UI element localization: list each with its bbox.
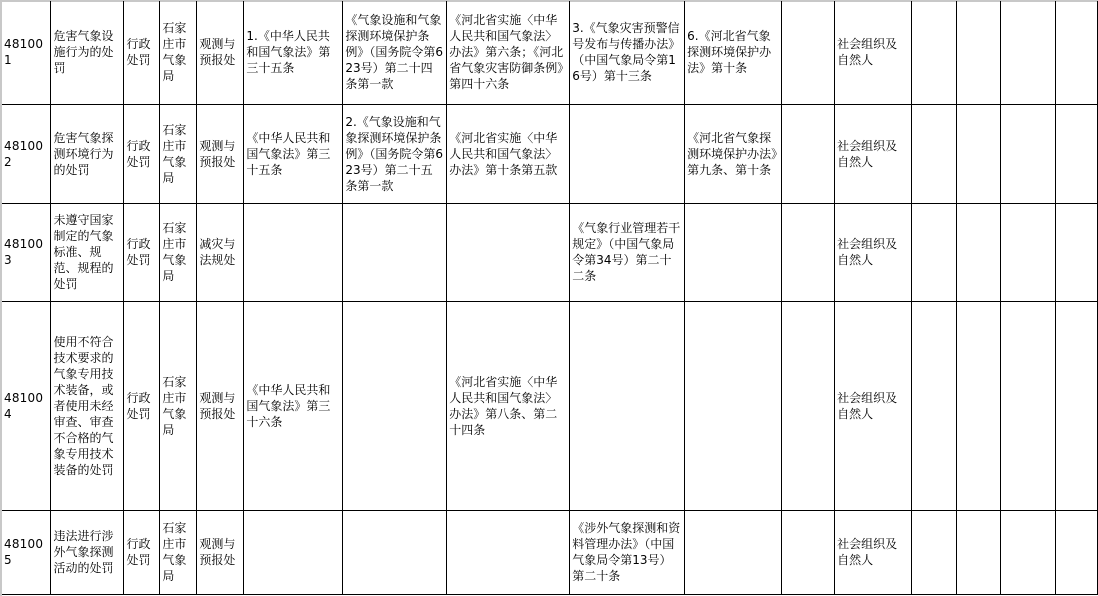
cell-basis-1[interactable]	[244, 510, 343, 594]
cell-extra-1[interactable]	[782, 301, 835, 510]
cell-basis-4[interactable]	[570, 301, 685, 510]
cell-basis-1[interactable]: 《中华人民共和国气象法》第三十六条	[244, 301, 343, 510]
cell-basis-3[interactable]: 《河北省实施〈中华人民共和国气象法〉办法》第十条第五款	[447, 104, 570, 203]
cell-extra-5[interactable]	[1055, 203, 1097, 301]
cell-type[interactable]: 行政处罚	[124, 1, 160, 104]
cell-basis-4[interactable]: 《涉外气象探测和资料管理办法》（中国气象局令第13号）第二十条	[570, 510, 685, 594]
cell-extra-3[interactable]	[957, 1, 1001, 104]
cell-department[interactable]: 观测与预报处	[197, 510, 244, 594]
cell-basis-1[interactable]: 1.《中华人民共和国气象法》第三十五条	[244, 1, 343, 104]
cell-item-name[interactable]: 违法进行涉外气象探测活动的处罚	[51, 510, 124, 594]
cell-extra-5[interactable]	[1055, 104, 1097, 203]
cell-code[interactable]: 481003	[2, 203, 51, 301]
penalty-items-table: 481001危害气象设施行为的处罚行政处罚石家庄市气象局观测与预报处1.《中华人…	[2, 1, 1098, 595]
cell-code[interactable]: 481005	[2, 510, 51, 594]
cell-extra-1[interactable]	[782, 1, 835, 104]
cell-department[interactable]: 观测与预报处	[197, 301, 244, 510]
cell-extra-2[interactable]	[912, 104, 957, 203]
cell-authority[interactable]: 石家庄市气象局	[160, 301, 197, 510]
cell-authority[interactable]: 石家庄市气象局	[160, 104, 197, 203]
cell-extra-4[interactable]	[1000, 1, 1055, 104]
cell-item-name[interactable]: 使用不符合技术要求的气象专用技术装备，或者使用未经审查、审查不合格的气象专用技术…	[51, 301, 124, 510]
cell-basis-5[interactable]	[685, 510, 782, 594]
cell-extra-5[interactable]	[1055, 510, 1097, 594]
table-row: 481002危害气象探测环境行为的处罚行政处罚石家庄市气象局观测与预报处《中华人…	[2, 104, 1098, 203]
cell-extra-1[interactable]	[782, 104, 835, 203]
cell-extra-4[interactable]	[1000, 104, 1055, 203]
cell-authority[interactable]: 石家庄市气象局	[160, 203, 197, 301]
cell-extra-1[interactable]	[782, 203, 835, 301]
cell-target[interactable]: 社会组织及自然人	[835, 203, 912, 301]
cell-basis-3[interactable]	[447, 510, 570, 594]
cell-extra-5[interactable]	[1055, 1, 1097, 104]
table-row: 481001危害气象设施行为的处罚行政处罚石家庄市气象局观测与预报处1.《中华人…	[2, 1, 1098, 104]
cell-basis-2[interactable]: 2.《气象设施和气象探测环境保护条例》（国务院令第623号）第二十五条第一款	[343, 104, 447, 203]
cell-department[interactable]: 观测与预报处	[197, 1, 244, 104]
cell-basis-1[interactable]: 《中华人民共和国气象法》第三十五条	[244, 104, 343, 203]
cell-extra-3[interactable]	[957, 301, 1001, 510]
table-row: 481003未遵守国家制定的气象标准、规范、规程的处罚行政处罚石家庄市气象局减灾…	[2, 203, 1098, 301]
cell-extra-3[interactable]	[957, 104, 1001, 203]
cell-target[interactable]: 社会组织及自然人	[835, 510, 912, 594]
cell-basis-2[interactable]	[343, 301, 447, 510]
cell-basis-5[interactable]: 《河北省气象探测环境保护办法》第九条、第十条	[685, 104, 782, 203]
cell-basis-3[interactable]: 《河北省实施〈中华人民共和国气象法〉办法》第六条；《河北省气象灾害防御条例》第四…	[447, 1, 570, 104]
cell-extra-4[interactable]	[1000, 203, 1055, 301]
cell-extra-3[interactable]	[957, 203, 1001, 301]
cell-item-name[interactable]: 危害气象设施行为的处罚	[51, 1, 124, 104]
cell-extra-2[interactable]	[912, 510, 957, 594]
cell-target[interactable]: 社会组织及自然人	[835, 104, 912, 203]
cell-basis-2[interactable]	[343, 510, 447, 594]
cell-basis-1[interactable]	[244, 203, 343, 301]
cell-basis-5[interactable]	[685, 301, 782, 510]
cell-basis-4[interactable]: 3.《气象灾害预警信号发布与传播办法》（中国气象局令第16号）第十三条	[570, 1, 685, 104]
cell-basis-4[interactable]	[570, 104, 685, 203]
cell-extra-2[interactable]	[912, 203, 957, 301]
cell-extra-2[interactable]	[912, 301, 957, 510]
cell-department[interactable]: 观测与预报处	[197, 104, 244, 203]
cell-target[interactable]: 社会组织及自然人	[835, 301, 912, 510]
cell-extra-1[interactable]	[782, 510, 835, 594]
cell-type[interactable]: 行政处罚	[124, 510, 160, 594]
cell-authority[interactable]: 石家庄市气象局	[160, 1, 197, 104]
cell-type[interactable]: 行政处罚	[124, 104, 160, 203]
table-row: 481004使用不符合技术要求的气象专用技术装备，或者使用未经审查、审查不合格的…	[2, 301, 1098, 510]
cell-department[interactable]: 减灾与法规处	[197, 203, 244, 301]
cell-type[interactable]: 行政处罚	[124, 203, 160, 301]
cell-extra-2[interactable]	[912, 1, 957, 104]
cell-code[interactable]: 481001	[2, 1, 51, 104]
cell-target[interactable]: 社会组织及自然人	[835, 1, 912, 104]
cell-code[interactable]: 481004	[2, 301, 51, 510]
cell-extra-3[interactable]	[957, 510, 1001, 594]
cell-code[interactable]: 481002	[2, 104, 51, 203]
cell-basis-3[interactable]	[447, 203, 570, 301]
cell-basis-2[interactable]	[343, 203, 447, 301]
cell-basis-4[interactable]: 《气象行业管理若干规定》（中国气象局令第34号）第二十二条	[570, 203, 685, 301]
cell-item-name[interactable]: 危害气象探测环境行为的处罚	[51, 104, 124, 203]
table-row: 481005违法进行涉外气象探测活动的处罚行政处罚石家庄市气象局观测与预报处《涉…	[2, 510, 1098, 594]
cell-basis-5[interactable]: 6.《河北省气象探测环境保护办法》第十条	[685, 1, 782, 104]
cell-extra-5[interactable]	[1055, 301, 1097, 510]
cell-extra-4[interactable]	[1000, 301, 1055, 510]
cell-extra-4[interactable]	[1000, 510, 1055, 594]
cell-basis-2[interactable]: 《气象设施和气象探测环境保护条例》（国务院令第623号）第二十四条第一款	[343, 1, 447, 104]
cell-type[interactable]: 行政处罚	[124, 301, 160, 510]
cell-item-name[interactable]: 未遵守国家制定的气象标准、规范、规程的处罚	[51, 203, 124, 301]
cell-authority[interactable]: 石家庄市气象局	[160, 510, 197, 594]
cell-basis-3[interactable]: 《河北省实施〈中华人民共和国气象法〉办法》第八条、第二十四条	[447, 301, 570, 510]
cell-basis-5[interactable]	[685, 203, 782, 301]
